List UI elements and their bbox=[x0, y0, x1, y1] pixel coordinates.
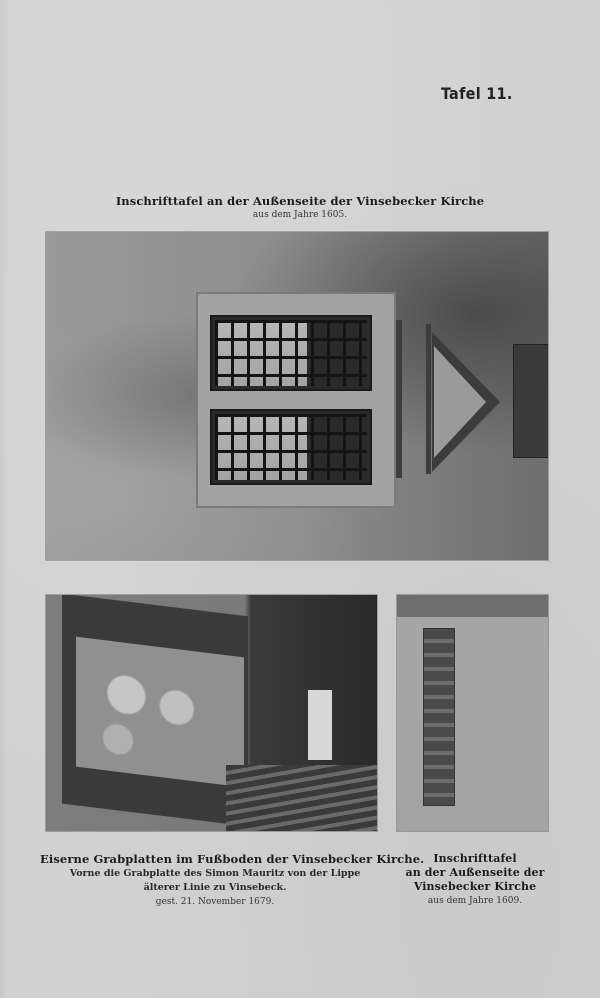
caption-bottom-left: Eiserne Grabplatten im Fußboden der Vins… bbox=[40, 851, 390, 909]
plate-number: Tafel 11. bbox=[441, 84, 513, 103]
caption-br-title-1: Inschrifttafel bbox=[395, 852, 555, 866]
inscription-slab bbox=[423, 628, 455, 806]
caption-top-subtitle: aus dem Jahre 1605. bbox=[100, 210, 500, 220]
church-pews bbox=[226, 765, 377, 831]
pediment-inner bbox=[434, 346, 486, 458]
window-upper bbox=[210, 315, 372, 391]
adjacent-window bbox=[513, 344, 548, 458]
grave-slab-relief bbox=[76, 637, 244, 788]
caption-br-title-2: an der Außenseite der bbox=[395, 866, 555, 880]
caption-bl-line-2: älterer Linie zu Vinsebeck. bbox=[40, 881, 390, 895]
caption-bl-title: Eiserne Grabplatten im Fußboden der Vins… bbox=[40, 851, 390, 867]
caption-bottom-right: Inschrifttafel an der Außenseite der Vin… bbox=[395, 852, 555, 908]
photo-inscription-tablet bbox=[397, 595, 548, 831]
caption-top: Inschrifttafel an der Außenseite der Vin… bbox=[100, 194, 500, 220]
church-window-light bbox=[308, 690, 332, 760]
tablet-column-right bbox=[426, 324, 431, 474]
caption-bl-line-1: Vorne die Grabplatte des Simon Mauritz v… bbox=[40, 867, 390, 881]
caption-bl-subtitle: gest. 21. November 1679. bbox=[40, 895, 390, 909]
window-lower bbox=[210, 409, 372, 485]
caption-top-title: Inschrifttafel an der Außenseite der Vin… bbox=[100, 194, 500, 208]
photo-top-church-exterior bbox=[46, 232, 548, 560]
tablet-column-left bbox=[396, 320, 402, 478]
caption-br-title-3: Vinsebecker Kirche bbox=[395, 880, 555, 894]
caption-br-subtitle: aus dem Jahre 1609. bbox=[395, 894, 555, 908]
photo-church-interior-grave-slabs bbox=[46, 595, 377, 831]
